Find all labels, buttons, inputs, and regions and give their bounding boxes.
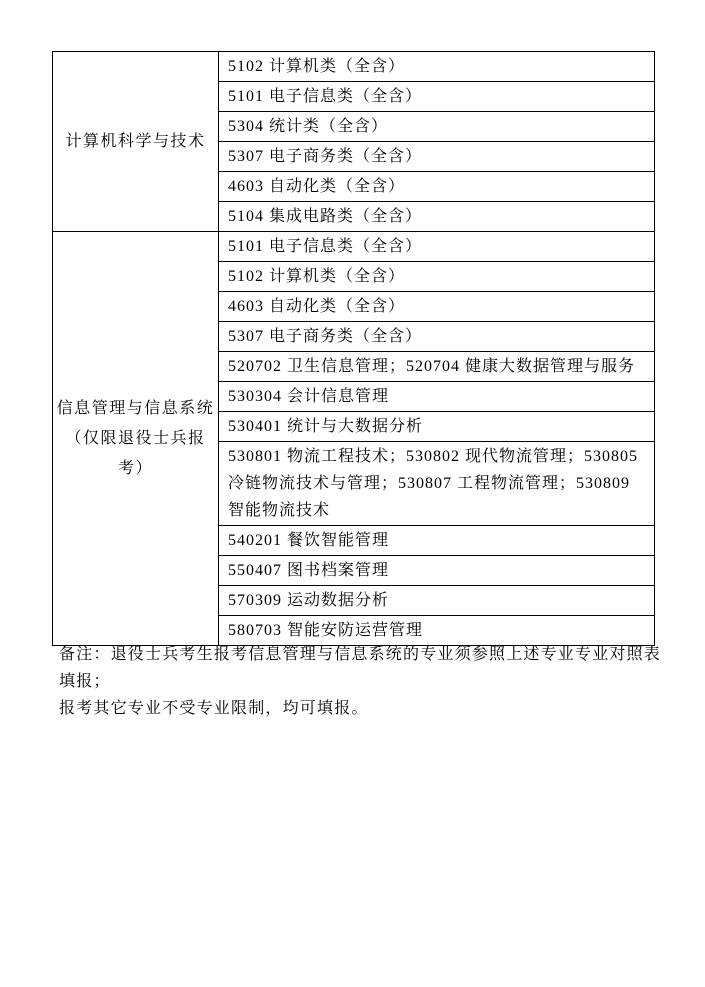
document-page: 计算机科学与技术 5102 计算机类（全含） 5101 电子信息类（全含） 53… (0, 0, 705, 987)
code-cell: 550407 图书档案管理 (219, 556, 655, 586)
major-cell-computer-science: 计算机科学与技术 (53, 52, 219, 232)
table-row: 信息管理与信息系统 （仅限退役士兵报考） 5101 电子信息类（全含） (53, 232, 655, 262)
code-cell: 520702 卫生信息管理；520704 健康大数据管理与服务 (219, 352, 655, 382)
major-name: 信息管理与信息系统 (53, 394, 218, 424)
code-cell: 5304 统计类（全含） (219, 112, 655, 142)
code-cell: 5307 电子商务类（全含） (219, 322, 655, 352)
code-cell: 5307 电子商务类（全含） (219, 142, 655, 172)
code-cell: 4603 自动化类（全含） (219, 172, 655, 202)
major-name-qualifier: （仅限退役士兵报考） (53, 424, 218, 484)
code-cell: 5101 电子信息类（全含） (219, 82, 655, 112)
code-cell: 530401 统计与大数据分析 (219, 412, 655, 442)
code-cell: 530304 会计信息管理 (219, 382, 655, 412)
code-cell: 540201 餐饮智能管理 (219, 526, 655, 556)
code-cell-multiline: 530801 物流工程技术；530802 现代物流管理；530805 冷链物流技… (219, 442, 655, 526)
footnote-line-2: 报考其它专业不受专业限制，均可填报。 (59, 700, 369, 717)
code-cell: 5101 电子信息类（全含） (219, 232, 655, 262)
footnote: 备注：退役士兵考生报考信息管理与信息系统的专业须参照上述专业专业对照表填报； 报… (59, 641, 665, 722)
major-cell-information-management: 信息管理与信息系统 （仅限退役士兵报考） (53, 232, 219, 646)
code-cell: 5104 集成电路类（全含） (219, 202, 655, 232)
footnote-line-1: 备注：退役士兵考生报考信息管理与信息系统的专业须参照上述专业专业对照表填报； (59, 646, 661, 690)
code-cell: 5102 计算机类（全含） (219, 52, 655, 82)
code-cell: 4603 自动化类（全含） (219, 292, 655, 322)
code-cell: 5102 计算机类（全含） (219, 262, 655, 292)
major-name: 计算机科学与技术 (53, 127, 218, 157)
major-code-mapping-table: 计算机科学与技术 5102 计算机类（全含） 5101 电子信息类（全含） 53… (52, 51, 655, 646)
code-cell: 570309 运动数据分析 (219, 586, 655, 616)
table-row: 计算机科学与技术 5102 计算机类（全含） (53, 52, 655, 82)
